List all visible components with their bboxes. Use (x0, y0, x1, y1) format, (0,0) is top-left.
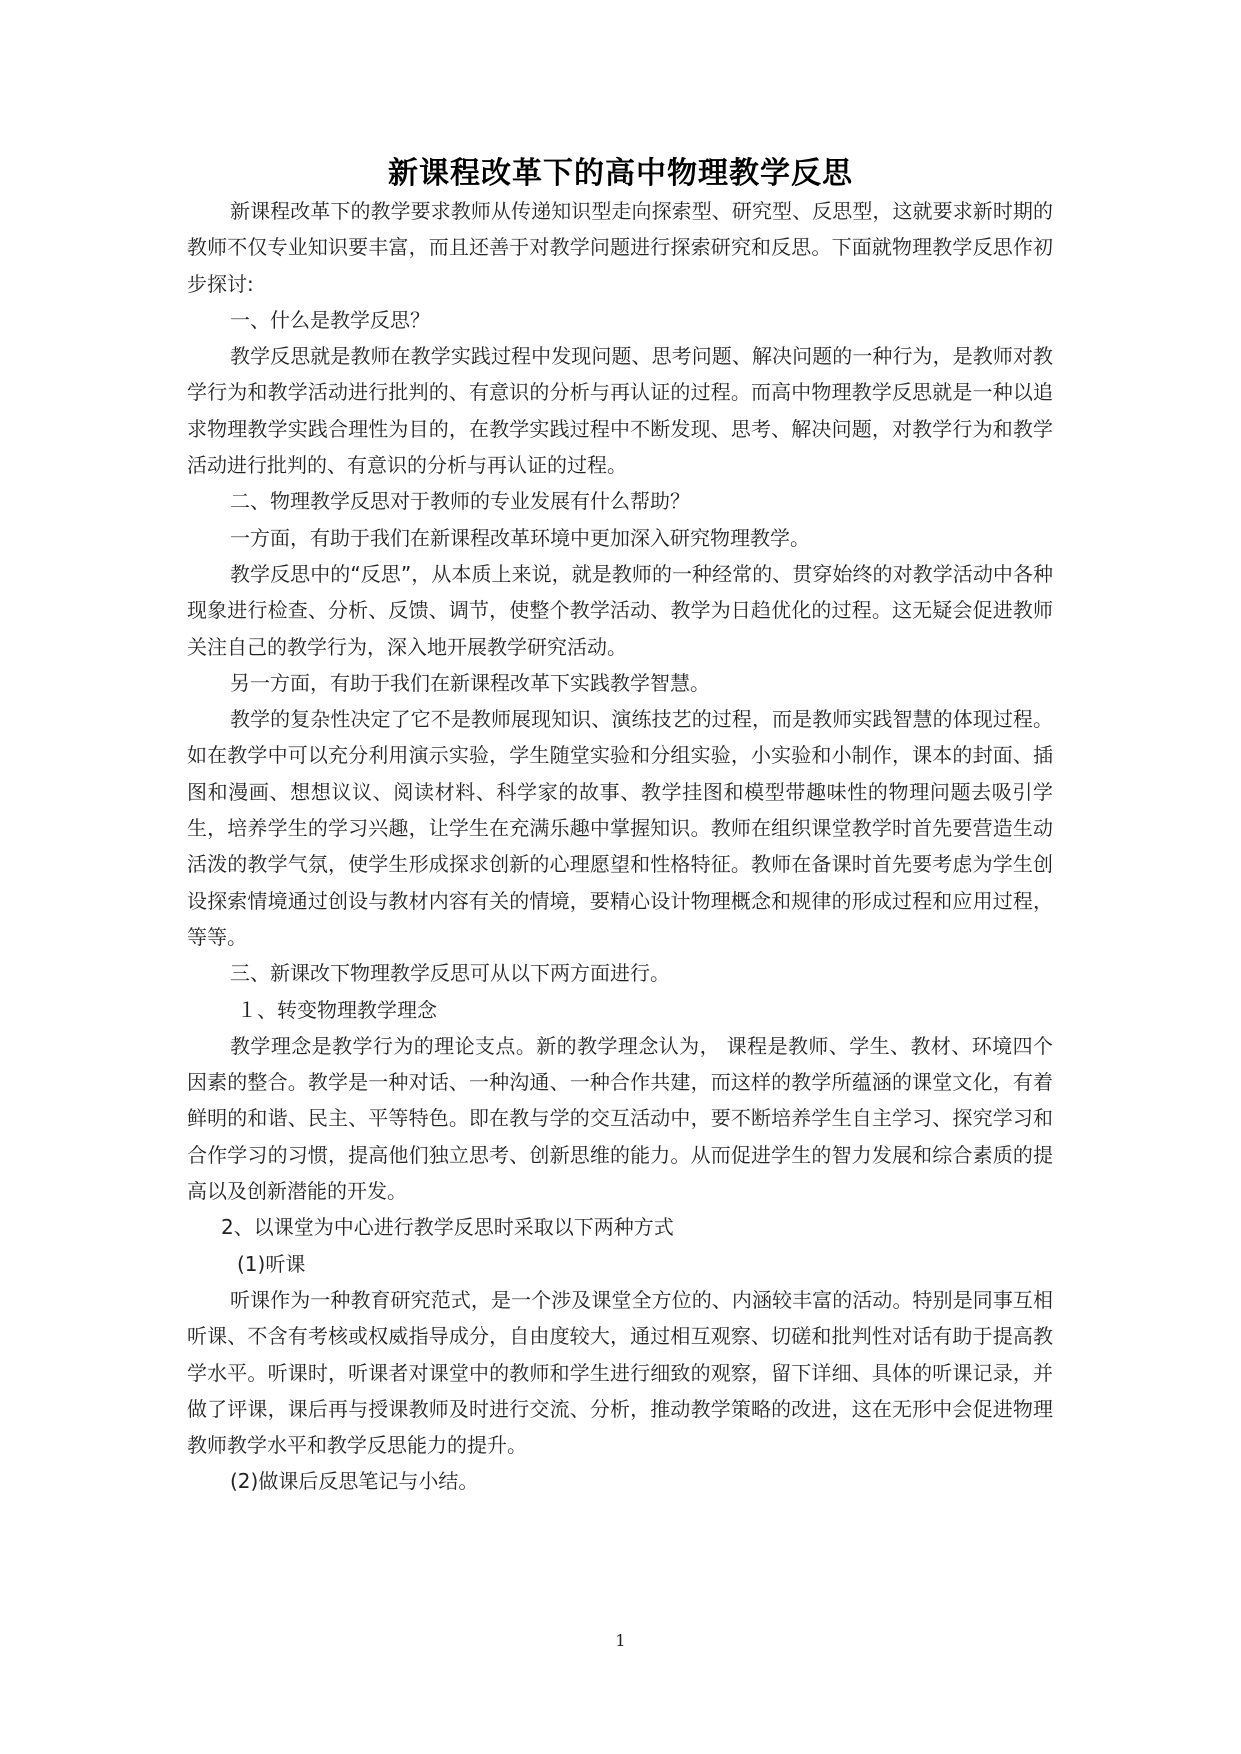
paragraph: 听课作为一种教育研究范式，是一个涉及课堂全方位的、内涵较丰富的活动。特别是同事互… (187, 1282, 1053, 1463)
paragraph: 另一方面，有助于我们在新课程改革下实践教学智慧。 (187, 665, 1053, 701)
section-heading-3: 三、新课改下物理教学反思可从以下两方面进行。 (187, 955, 1053, 991)
paragraph: 一方面，有助于我们在新课程改革环境中更加深入研究物理教学。 (187, 520, 1053, 556)
paragraph: 教学反思就是教师在教学实践过程中发现问题、思考问题、解决问题的一种行为，是教师对… (187, 338, 1053, 483)
subsection-heading-2: 2、以课堂为中心进行教学反思时采取以下两种方式 (187, 1209, 1053, 1245)
paragraph-intro: 新课程改革下的教学要求教师从传递知识型走向探索型、研究型、反思型，这就要求新时期… (187, 193, 1053, 302)
subsection-heading-1: １、转变物理教学理念 (187, 992, 1053, 1028)
page-number: 1 (0, 1631, 1241, 1650)
section-heading-2: 二、物理教学反思对于教师的专业发展有什么帮助？ (187, 483, 1053, 519)
item-heading-1: (1)听课 (187, 1246, 1053, 1282)
paragraph: 教学反思中的“反思”，从本质上来说，就是教师的一种经常的、贯穿始终的对教学活动中… (187, 556, 1053, 665)
section-heading-1: 一、什么是教学反思？ (187, 302, 1053, 338)
document-title: 新课程改革下的高中物理教学反思 (0, 148, 1241, 192)
paragraph: 教学理念是教学行为的理论支点。新的教学理念认为， 课程是教师、学生、教材、环境四… (187, 1028, 1053, 1209)
item-heading-2: (2)做课后反思笔记与小结。 (187, 1463, 1053, 1499)
document-body: 新课程改革下的教学要求教师从传递知识型走向探索型、研究型、反思型，这就要求新时期… (187, 193, 1053, 1500)
document-page: 新课程改革下的高中物理教学反思 新课程改革下的教学要求教师从传递知识型走向探索型… (0, 0, 1241, 1754)
paragraph: 教学的复杂性决定了它不是教师展现知识、演练技艺的过程，而是教师实践智慧的体现过程… (187, 701, 1053, 955)
